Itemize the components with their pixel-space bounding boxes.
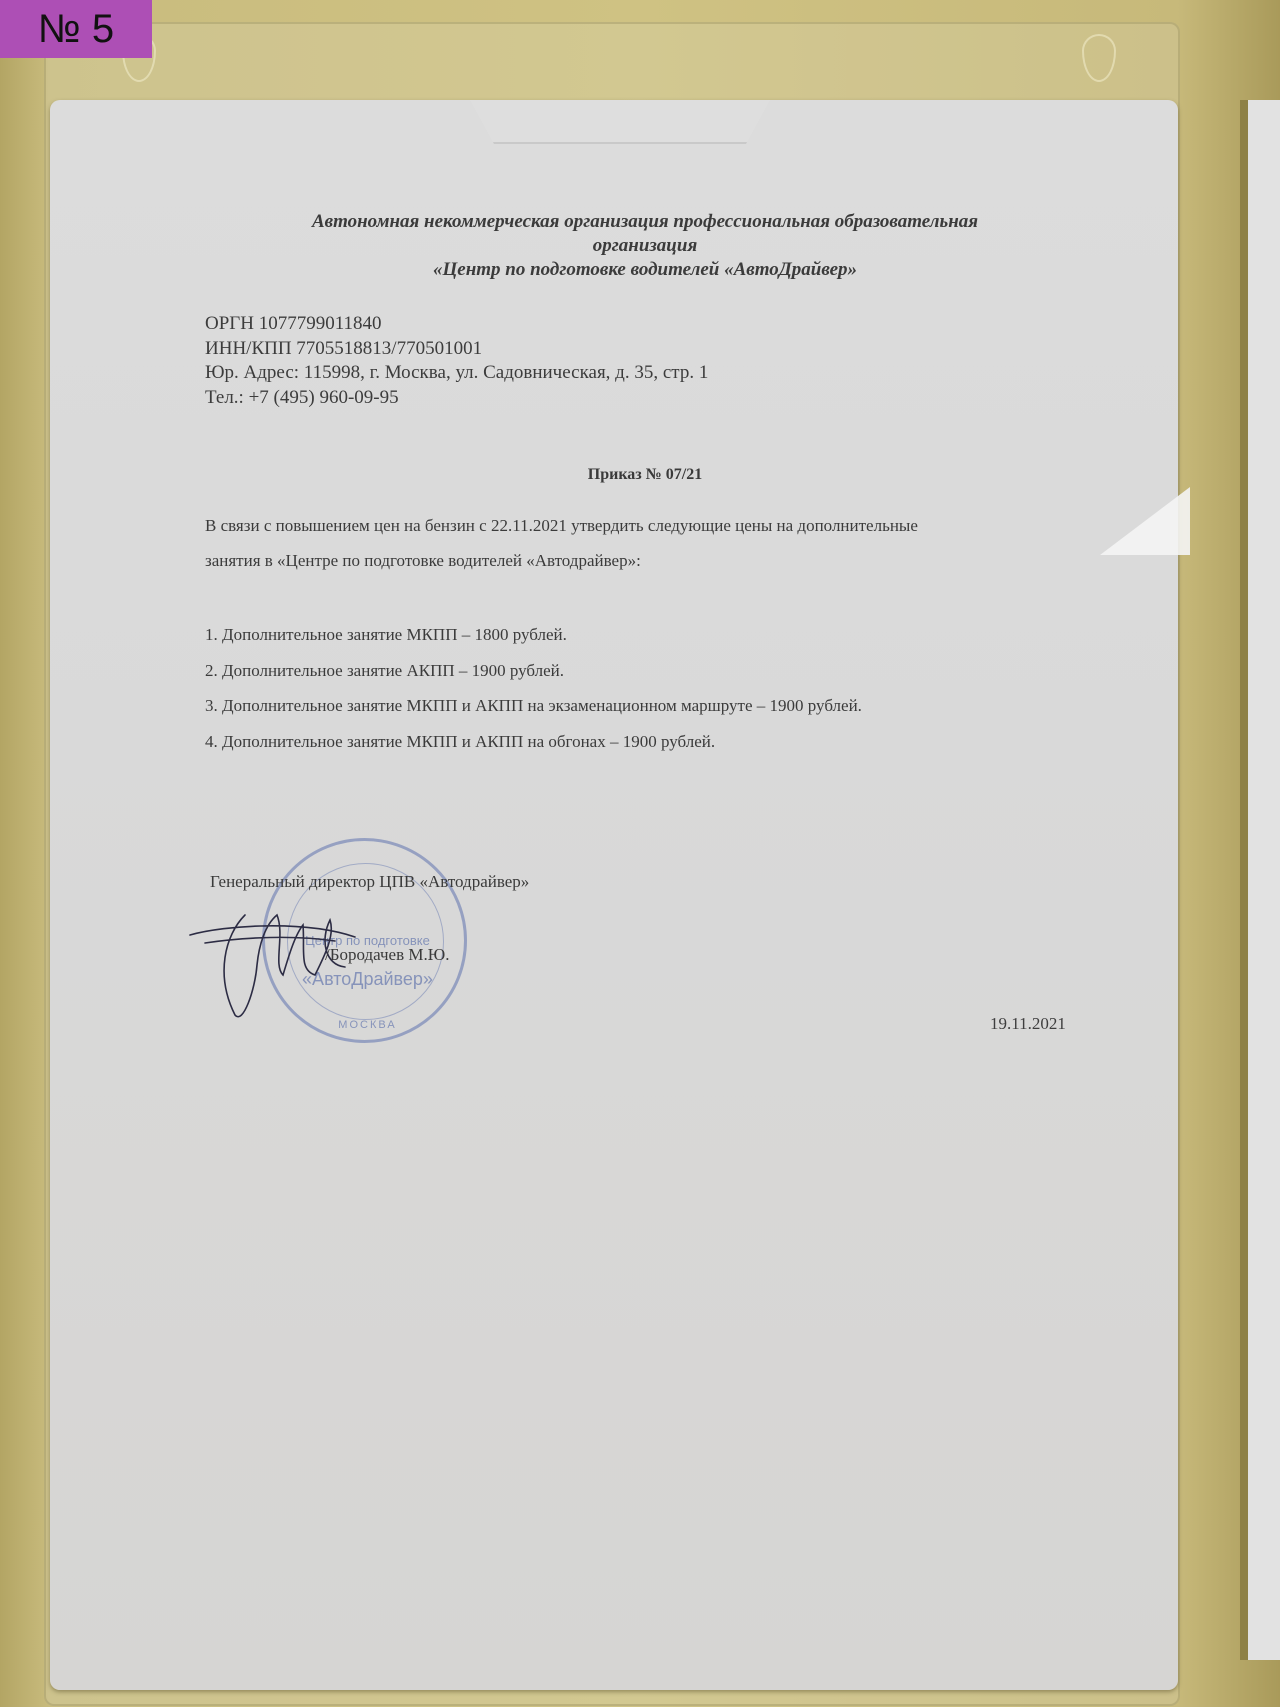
inn-kpp: ИНН/КПП 7705518813/770501001	[205, 337, 708, 362]
signatory-title: Генеральный директор ЦПВ «Автодрайвер»	[210, 872, 529, 892]
intro-line: занятия в «Центре по подготовке водителе…	[205, 543, 1105, 578]
document-date: 19.11.2021	[990, 1014, 1066, 1034]
ogrn: ОРГН 1077799011840	[205, 312, 708, 337]
sleeve-tab-cutout	[470, 100, 770, 144]
number-badge: № 5	[0, 0, 152, 58]
list-item: 4. Дополнительное занятие МКПП и АКПП на…	[205, 724, 862, 760]
order-title: Приказ № 07/21	[0, 466, 1280, 484]
signatory-name: /Бородачев М.Ю.	[325, 945, 449, 965]
requisites: ОРГН 1077799011840 ИНН/КПП 7705518813/77…	[205, 312, 708, 410]
price-list: 1. Дополнительное занятие МКПП – 1800 ру…	[205, 617, 862, 759]
order-intro: В связи с повышением цен на бензин с 22.…	[205, 508, 1105, 578]
organization-line: Автономная некоммерческая организация пр…	[230, 210, 1060, 234]
list-item: 2. Дополнительное занятие АКПП – 1900 ру…	[205, 653, 862, 689]
legal-address: Юр. Адрес: 115998, г. Москва, ул. Садовн…	[205, 361, 708, 386]
organization-line: «Центр по подготовке водителей «АвтоДрай…	[230, 258, 1060, 282]
list-item: 3. Дополнительное занятие МКПП и АКПП на…	[205, 688, 862, 724]
intro-line: В связи с повышением цен на бензин с 22.…	[205, 508, 1105, 543]
phone: Тел.: +7 (495) 960-09-95	[205, 386, 708, 411]
organization-line: организация	[230, 234, 1060, 258]
organization-header: Автономная некоммерческая организация пр…	[230, 210, 1060, 282]
adjacent-sleeve	[1240, 100, 1280, 1660]
list-item: 1. Дополнительное занятие МКПП – 1800 ру…	[205, 617, 862, 653]
light-glare	[1100, 487, 1190, 555]
